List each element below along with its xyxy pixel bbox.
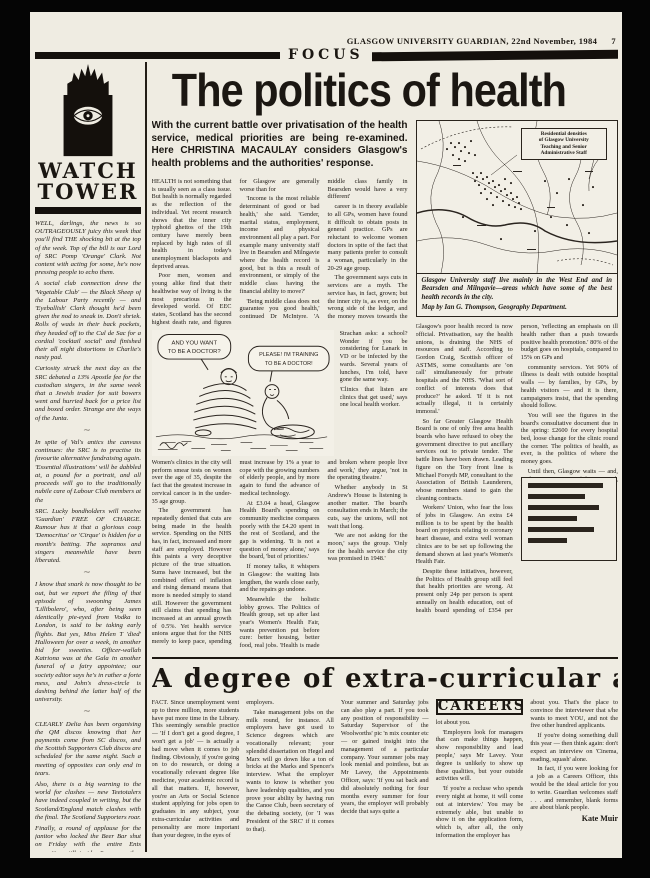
careers-column-1: FACT. Since unemployment went up to thre… <box>152 699 240 845</box>
paragraph: Also, there is a big warning to the worl… <box>35 781 141 822</box>
cartoon-bubble2-line1: PLEASE! I'M TRAINING <box>259 352 318 358</box>
watchtower-column: WATCH TOWER WELL, darlings, the news is … <box>35 62 141 852</box>
paragraph: Your summer and Saturday jobs can also p… <box>341 699 429 816</box>
watchtower-title-line1: WATCH <box>35 160 141 181</box>
watchtower-title-line2: TOWER <box>35 181 141 202</box>
page-number: 7 <box>611 36 616 46</box>
paragraph: In fact, if you were looking for a job a… <box>530 765 618 812</box>
map-caption-text: Glasgow University staff live mainly in … <box>422 277 613 301</box>
paragraph: Curiosity struck the next day as the SRC… <box>35 365 141 422</box>
paragraph: 'Employers look for managers that can ma… <box>436 729 524 784</box>
paragraph: Finally, a round of applause for the jan… <box>35 825 141 852</box>
watchtower-text: WELL, darlings, the news is so OUTRAGEOU… <box>35 220 141 852</box>
article-right-column-block: Glasgow's poor health record is now offi… <box>416 323 619 621</box>
paragraph: career is in theory available to all GPs… <box>328 203 408 272</box>
newspaper-page: GLASGOW UNIVERSITY GUARDIAN, 22nd Novemb… <box>30 12 622 858</box>
article-columns-top: HEALTH is not something that is usually … <box>152 178 408 328</box>
cartoon-bubble1-line2: TO BE A DOCTOR? <box>167 349 221 355</box>
scan-frame: GLASGOW UNIVERSITY GUARDIAN, 22nd Novemb… <box>0 0 650 878</box>
map-label-box: Residential densitiesof Glasgow Universi… <box>521 128 607 160</box>
article-right-columns: Residential densitiesof Glasgow Universi… <box>416 120 619 651</box>
article-side-column: Strachan asks: a school? Wonder if you b… <box>340 330 408 456</box>
section-separator: ⁓ <box>35 427 141 435</box>
section-separator: ⁓ <box>35 569 141 577</box>
paragraph: Take management jobs on the milk round, … <box>246 709 334 834</box>
inset-bar <box>528 516 577 521</box>
watchtower-rule <box>35 207 141 214</box>
careers-columns: FACT. Since unemployment went up to thre… <box>152 699 619 845</box>
paragraph: WELL, darlings, the news is so OUTRAGEOU… <box>35 220 141 277</box>
watchtower-title: WATCH TOWER <box>35 160 141 202</box>
inset-bar <box>528 538 567 543</box>
careers-column-2: employers.Take management jobs on the mi… <box>246 699 334 845</box>
map-figure: Residential densitiesof Glasgow Universi… <box>416 120 619 317</box>
column-divider <box>145 62 147 852</box>
paragraph: community services. Yet 90% of illness i… <box>521 364 618 410</box>
inset-bar <box>528 494 585 499</box>
paragraph: If money talks, it whispers in Glasgow: … <box>240 563 320 594</box>
article-columns-right: Glasgow's poor health record is now offi… <box>416 323 619 621</box>
cartoon-bubble2-line2: TO BE A DOCTOR! <box>264 361 312 367</box>
careers-column-4: CAREERS lot about you.'Employers look fo… <box>436 699 524 845</box>
map-caption: Glasgow University staff live mainly in … <box>417 273 618 316</box>
section-separator: ⁓ <box>35 708 141 716</box>
paragraph: In spite of Val's antics the canvass con… <box>35 439 141 505</box>
paragraph: HEALTH is not something that is usually … <box>152 178 232 270</box>
focus-bar: FOCUS <box>35 48 618 62</box>
careers-box-label: CAREERS <box>436 699 524 715</box>
paragraph: Whether anybody in St Andrew's House is … <box>328 484 408 530</box>
careers-column-4-text: lot about you.'Employers look for manage… <box>436 719 524 840</box>
paragraph: I know that snark is now thought to be o… <box>35 581 141 704</box>
paragraph: 'If you're a recluse who spends every ni… <box>436 785 524 840</box>
main-area: The politics of health With the current … <box>152 62 619 852</box>
careers-headline: A degree of extra-curricular activity <box>152 661 619 699</box>
paragraph: SRC. Lucky bondholders will receive 'Gua… <box>35 508 141 565</box>
paragraph: Glasgow's poor health record is now offi… <box>416 323 513 415</box>
doctor-cartoon: AND YOU WANT TO BE A DOCTOR? PLEASE! I'M… <box>152 330 334 456</box>
watchtower-logo-icon <box>57 64 119 158</box>
paragraph: A social club connection drew the 'Veget… <box>35 280 141 362</box>
careers-divider-rule <box>152 657 619 659</box>
inset-bar <box>528 527 594 532</box>
inset-list-box <box>521 477 617 561</box>
cartoon-bubble1-line1: AND YOU WANT <box>171 340 217 346</box>
paragraph: about you. That's the place to convince … <box>530 699 618 730</box>
inset-bar <box>528 505 599 510</box>
standfirst: With the current battle over privatisati… <box>152 120 408 174</box>
article-left-columns: With the current battle over privatisati… <box>152 120 408 651</box>
careers-column-5-text: about you. That's the place to convince … <box>530 699 618 812</box>
paragraph: You will see the figures in the board's … <box>521 412 618 466</box>
paragraph: At £3.04 a head, Glasgow Health Board's … <box>240 500 320 562</box>
paragraph: 'Income is the most reliable determinant… <box>240 195 320 295</box>
paragraph: If you're doing something dull this year… <box>530 732 618 763</box>
masthead: GLASGOW UNIVERSITY GUARDIAN, 22nd Novemb… <box>35 16 618 46</box>
article-columns-bottom: Women's clinics in the city will perform… <box>152 459 408 651</box>
paragraph: Administrative Staff <box>524 150 604 156</box>
focus-bar-left <box>35 52 280 59</box>
paragraph: FACT. Since unemployment went up to thre… <box>152 699 240 839</box>
paragraph: Workers' Union, who fear the loss of job… <box>416 504 513 566</box>
focus-label: FOCUS <box>280 47 372 63</box>
careers-column-5: about you. That's the place to convince … <box>530 699 618 845</box>
map-credit: Map by Ian G. Thompson, Geography Depart… <box>422 304 613 312</box>
focus-bar-right <box>372 49 618 61</box>
paragraph: So far Greater Glasgow Health Board is o… <box>416 418 513 503</box>
article-headline: The politics of health <box>152 62 572 120</box>
inset-bar <box>528 483 603 488</box>
careers-byline: Kate Muir <box>530 815 618 823</box>
paragraph: employers. <box>246 699 334 707</box>
paragraph: 'Clinics that listen are clinics that ge… <box>340 386 408 409</box>
masthead-title: GLASGOW UNIVERSITY GUARDIAN, 22nd Novemb… <box>347 36 598 46</box>
paragraph: lot about you. <box>436 719 524 727</box>
paragraph: 'We are not asking for the moon,' says t… <box>328 532 408 563</box>
paragraph: Strachan asks: a school? Wonder if you b… <box>340 330 408 384</box>
cartoon-row: AND YOU WANT TO BE A DOCTOR? PLEASE! I'M… <box>152 330 408 456</box>
page-content: WATCH TOWER WELL, darlings, the news is … <box>35 62 618 852</box>
paragraph: Women's clinics in the city will perform… <box>152 459 232 505</box>
article-body: With the current battle over privatisati… <box>152 120 619 651</box>
paragraph: CLEARLY Delia has been organising the QM… <box>35 721 141 778</box>
careers-column-3: Your summer and Saturday jobs can also p… <box>341 699 429 845</box>
